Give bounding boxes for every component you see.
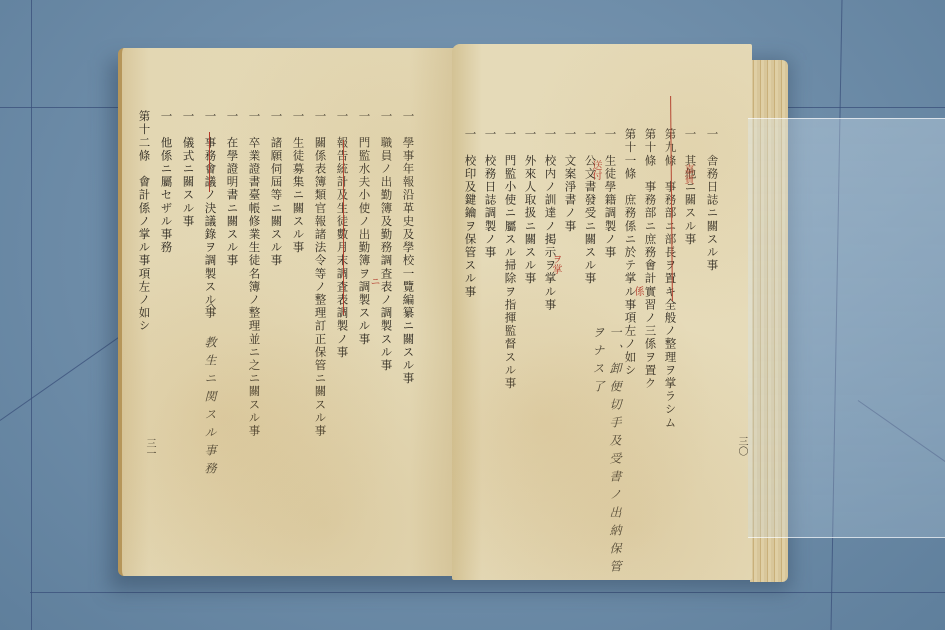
text-column: 一 職員ノ出勤簿及勤務調査表ノ調製スル事 — [380, 110, 392, 372]
text-column: 一 公文書發受ニ關スル事 — [584, 128, 596, 285]
right-page: 一 舎務日誌ニ關スル事 一 其他ニ關スル事 第九條 事務部ニ部長ヲ置キ全般ノ整理… — [452, 44, 752, 580]
glass-plate — [748, 118, 945, 538]
red-strike — [209, 132, 210, 192]
handwritten-note: 一、卸便切手及受書ノ出納保管ヲナス了 — [590, 326, 624, 580]
text-column: 一 校内ノ訓達ノ掲示ヲ掌ル事 — [544, 128, 556, 311]
grid-line — [30, 592, 945, 593]
red-underline — [343, 140, 344, 315]
article-heading: 第九條 事務部ニ部長ヲ置キ全般ノ整理ヲ掌ラシム — [664, 128, 676, 429]
page-number: 三一 — [142, 438, 157, 458]
article-heading: 第十二條 會計係ノ掌ル事項左ノ如シ — [138, 110, 150, 333]
text-column: 一 外來人取扱ニ關スル事 — [524, 128, 536, 285]
page-number: 三〇 — [734, 436, 749, 456]
text-column: 一 校印及鍵鑰ヲ保管スル事 — [464, 128, 476, 298]
text-column: 一 他係ニ屬セザル事務 — [160, 110, 172, 254]
left-page: 一 學事年報沿革史及學校一覽編纂ニ關スル事 一 職員ノ出勤簿及勤務調査表ノ調製ス… — [118, 48, 460, 576]
grid-line — [31, 0, 32, 630]
text-column: 一 門監小使ニ屬スル掃除ヲ指揮監督スル事 — [504, 128, 516, 390]
red-annotation: 送付 — [588, 160, 603, 180]
text-column: 一 在學證明書ニ關スル事 — [226, 110, 238, 267]
article-heading: 第十條 事務部ニ庶務會計實習ノ三係ヲ置ク — [644, 128, 656, 390]
handwritten-note: ヘ 教生ニ関スル事務 — [202, 300, 219, 480]
text-column: 一 諸願伺屆等ニ關スル事 — [270, 110, 282, 267]
text-column: 一 舎務日誌ニ關スル事 — [706, 128, 718, 272]
article-heading: 第十一條 庶務係ニ於テ掌ル事項左ノ如シ — [624, 128, 636, 377]
text-column: 一 卒業證書臺帳修業生徒名簿ノ整理並ニ之ニ關スル事 — [248, 110, 260, 438]
text-column: 一 生徒學籍調製ノ事 — [604, 128, 616, 259]
red-annotation: 嘉賓 — [680, 164, 695, 184]
text-column: 一 關係表簿類官報諸法令等ノ整理訂正保管ニ關スル事 — [314, 110, 326, 438]
text-column: 一 報告統計及生徒數月末調査表調製ノ事 — [336, 110, 348, 359]
text-column: 一 文案淨書ノ事 — [564, 128, 576, 233]
text-column: 一 門監水夫小使ノ出勤簿ヲ調製スル事 — [358, 110, 370, 346]
red-annotation: ヲ掌 — [548, 254, 563, 274]
text-column: 一 儀式ニ關スル事 — [182, 110, 194, 228]
text-column: 一 學事年報沿革史及學校一覽編纂ニ關スル事 — [402, 110, 414, 385]
red-annotation: 係 — [630, 286, 645, 296]
text-column: 一 校務日誌調製ノ事 — [484, 128, 496, 259]
text-column: 一 其他ニ關スル事 — [684, 128, 696, 246]
text-column: 一 生徒募集ニ關スル事 — [292, 110, 304, 254]
red-annotation: ニ — [366, 276, 381, 286]
